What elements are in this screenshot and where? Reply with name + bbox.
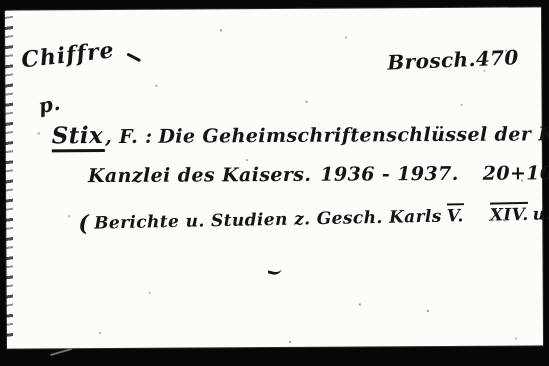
series-paren-open: ( [78,211,89,237]
year-range: 1936 - 1937. [320,163,458,186]
title-line-1: Die Geheimschriftenschlüssel der Kabinet… [158,123,549,148]
title-line-2: Kanzlei des Kaisers. [88,164,312,187]
series-title: Berichte u. Studien z. Gesch. Karls [94,207,442,234]
scan-edge-noise [4,8,13,342]
roman-numeral-xiv: XIV. [489,202,528,226]
series-note-line: (Berichte u. Studien z. Gesch. KarlsV.XI… [78,200,549,237]
entry-line-2: Kanzlei des Kaisers.1936 - 1937.20+10 S. [88,162,549,187]
author-initial: , F. : [105,126,153,148]
page-note-label: p. [37,91,63,119]
shelf-mark-label: Brosch.470 [387,45,519,74]
author-name: Stix [52,122,105,152]
catalog-card: Chiffre Brosch.470 p. Stix, F. :Die Gehe… [5,7,543,348]
entry-line-1: Stix, F. :Die Geheimschriftenschlüssel d… [52,119,549,150]
series-connector: u. [532,204,549,224]
stray-pen-mark-top [126,53,141,63]
scan-background: Chiffre Brosch.470 p. Stix, F. :Die Gehe… [0,0,549,366]
keyword-label: Chiffre [20,37,116,73]
stray-pen-mark-center [267,263,282,277]
page-count: 20+10 S. [483,162,549,185]
roman-numeral-v: V. [447,203,464,226]
scan-scratch-mark [50,348,72,356]
